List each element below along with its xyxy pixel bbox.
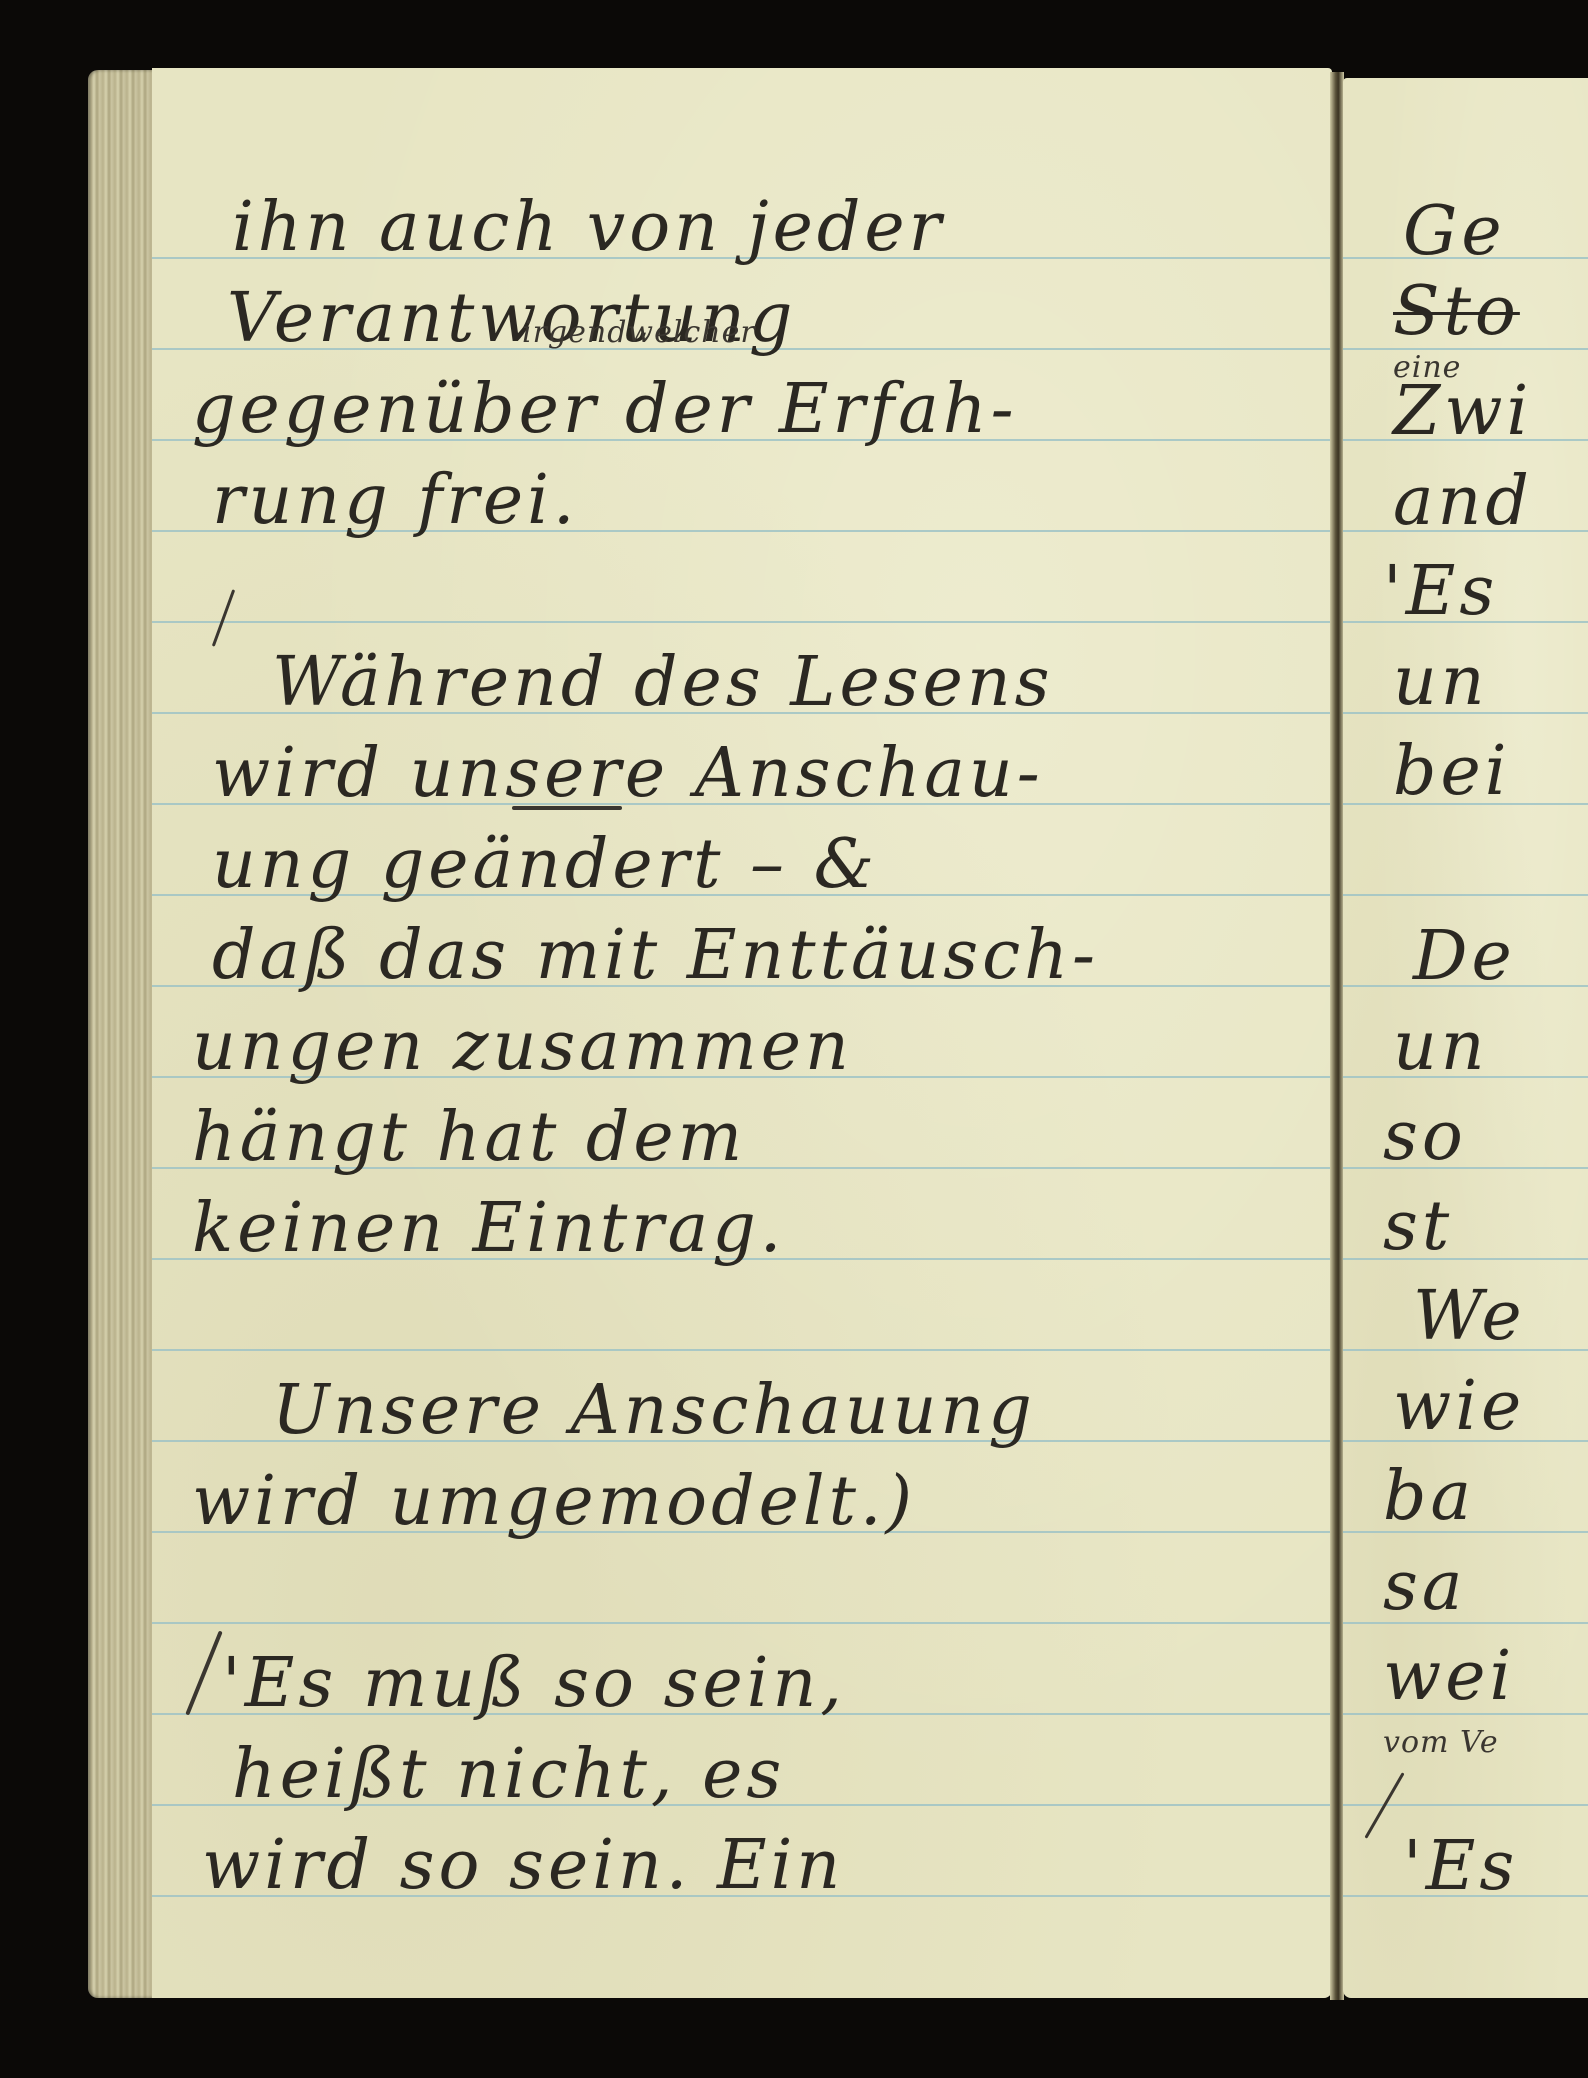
handwriting-line: wird so sein. Ein xyxy=(202,1832,844,1900)
handwriting-line: Unsere Anschauung xyxy=(272,1377,1036,1445)
handwriting-fragment-struck: Sto xyxy=(1393,278,1520,346)
handwriting-fragment: Ge xyxy=(1403,198,1506,266)
handwriting-line: ungen zusammen xyxy=(192,1013,853,1081)
handwriting-line: gegenüber der Erfah- xyxy=(192,376,1018,444)
handwriting-fragment: We xyxy=(1413,1283,1526,1351)
handwriting-fragment: and xyxy=(1393,468,1533,536)
handwriting-line: wird umgemodelt.) xyxy=(192,1468,916,1536)
handwriting-line: hängt hat dem xyxy=(192,1104,746,1172)
handwriting-line: ung geändert – & xyxy=(212,831,878,899)
rule-line xyxy=(1343,1258,1588,1260)
handwriting-fragment: 'Es xyxy=(1383,558,1498,626)
handwriting-fragment: wei xyxy=(1383,1643,1515,1711)
handwriting-line: ihn auch von jeder xyxy=(232,194,945,262)
margin-mark xyxy=(212,589,235,646)
handwriting-line: wird unsere Anschau- xyxy=(212,740,1044,808)
book-gutter xyxy=(1330,72,1344,2000)
handwriting-line: daß das mit Enttäusch- xyxy=(212,922,1099,990)
handwriting-fragment: vom Ve xyxy=(1383,1728,1499,1758)
interlinear-insertion: irgendwelcher xyxy=(522,318,756,348)
handwriting-line: heißt nicht, es xyxy=(232,1741,785,1809)
handwriting-fragment: Zwi xyxy=(1393,378,1532,446)
handwriting-line: keinen Eintrag. xyxy=(192,1195,785,1263)
handwriting-fragment: bei xyxy=(1393,738,1511,806)
right-page: Ge Sto eine Zwi and 'Es un bei De un so … xyxy=(1343,78,1588,1998)
handwriting-fragment: De xyxy=(1413,923,1516,991)
handwriting-line: 'Es muß so sein, xyxy=(222,1650,846,1718)
rule-line xyxy=(152,1622,1332,1624)
handwriting-fragment: so xyxy=(1383,1103,1467,1171)
rule-line xyxy=(152,621,1332,623)
handwriting-fragment: wie xyxy=(1393,1373,1525,1441)
handwriting-fragment: ba xyxy=(1383,1463,1475,1531)
left-page: ihn auch von jeder Verantwortung irgendw… xyxy=(152,68,1332,1998)
handwriting-line: rung frei. xyxy=(212,467,579,535)
page-stack-edge xyxy=(88,70,156,1998)
underline-stroke xyxy=(512,806,622,810)
handwriting-fragment: st xyxy=(1383,1193,1453,1261)
handwriting-line: Während des Lesens xyxy=(272,649,1054,717)
handwriting-fragment: un xyxy=(1393,1013,1489,1081)
rule-line xyxy=(1343,1804,1588,1806)
handwriting-fragment: 'Es xyxy=(1403,1833,1518,1901)
rule-line xyxy=(1343,894,1588,896)
rule-line xyxy=(152,1349,1332,1351)
handwriting-fragment: un xyxy=(1393,648,1489,716)
margin-mark xyxy=(185,1631,222,1716)
handwriting-fragment: sa xyxy=(1383,1553,1466,1621)
